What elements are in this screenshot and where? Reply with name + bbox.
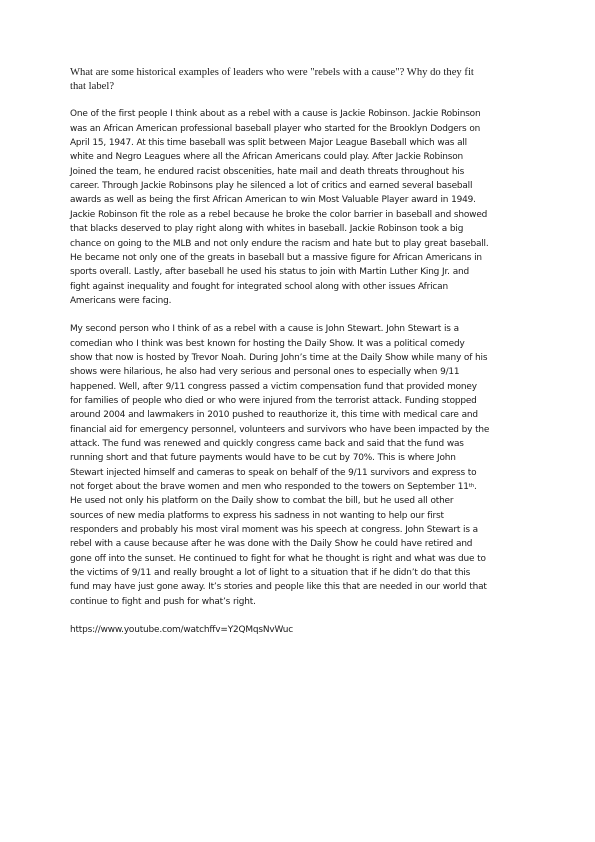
text-line: white and Negro Leagues where all the Af… xyxy=(70,150,532,164)
text-line: for families of people who died or who w… xyxy=(70,394,532,408)
text-line: gone off into the sunset. He continued t… xyxy=(70,552,532,566)
text-line: fund may have just gone away. It’s stori… xyxy=(70,580,532,594)
text-line: Stewart injected himself and cameras to … xyxy=(70,466,532,480)
text-line: running short and that future payments w… xyxy=(70,451,532,465)
text-line: financial aid for emergency personnel, v… xyxy=(70,423,532,437)
text-line: comedian who I think was best known for … xyxy=(70,337,532,351)
question-line: What are some historical examples of lea… xyxy=(70,66,532,80)
text-line: He became not only one of the greats in … xyxy=(70,251,532,265)
ordinal-superscript: th xyxy=(469,483,474,489)
text-line: that blacks deserved to play right along… xyxy=(70,222,532,236)
essay-question: What are some historical examples of lea… xyxy=(70,66,532,94)
text-line-with-superscript: not forget about the brave women and men… xyxy=(70,480,532,494)
paragraph-john-stewart: My second person who I think of as a reb… xyxy=(70,322,532,609)
text-line: My second person who I think of as a reb… xyxy=(70,322,532,336)
youtube-link[interactable]: https://www.youtube.com/watchffv=Y2QMqsN… xyxy=(70,623,532,637)
text-line: awards as well as being the first Africa… xyxy=(70,193,532,207)
text-line: shows were hilarious, he also had very s… xyxy=(70,365,532,379)
text-line: One of the first people I think about as… xyxy=(70,107,532,121)
text-line: continue to fight and push for what’s ri… xyxy=(70,595,532,609)
text-line: sports overall. Lastly, after baseball h… xyxy=(70,265,532,279)
text-line: rebel with a cause because after he was … xyxy=(70,537,532,551)
text-line: Americans were facing. xyxy=(70,294,532,308)
text-line: was an African American professional bas… xyxy=(70,122,532,136)
text-line: Joined the team, he endured racist obsce… xyxy=(70,165,532,179)
document-page: What are some historical examples of lea… xyxy=(70,66,532,637)
text-line: show that now is hosted by Trevor Noah. … xyxy=(70,351,532,365)
text-line: Jackie Robinson fit the role as a rebel … xyxy=(70,208,532,222)
text-line: the victims of 9/11 and really brought a… xyxy=(70,566,532,580)
text-line: sources of new media platforms to expres… xyxy=(70,509,532,523)
paragraph-jackie-robinson: One of the first people I think about as… xyxy=(70,107,532,308)
text-segment: . xyxy=(474,482,477,492)
text-line: He used not only his platform on the Dai… xyxy=(70,494,532,508)
text-line: happened. Well, after 9/11 congress pass… xyxy=(70,380,532,394)
text-line: fight against inequality and fought for … xyxy=(70,280,532,294)
text-line: chance on going to the MLB and not only … xyxy=(70,237,532,251)
text-line: career. Through Jackie Robinsons play he… xyxy=(70,179,532,193)
question-line: that label? xyxy=(70,80,532,94)
text-segment: not forget about the brave women and men… xyxy=(70,482,469,492)
text-line: April 15, 1947. At this time baseball wa… xyxy=(70,136,532,150)
text-line: around 2004 and lawmakers in 2010 pushed… xyxy=(70,408,532,422)
text-line: attack. The fund was renewed and quickly… xyxy=(70,437,532,451)
text-line: responders and probably his most viral m… xyxy=(70,523,532,537)
